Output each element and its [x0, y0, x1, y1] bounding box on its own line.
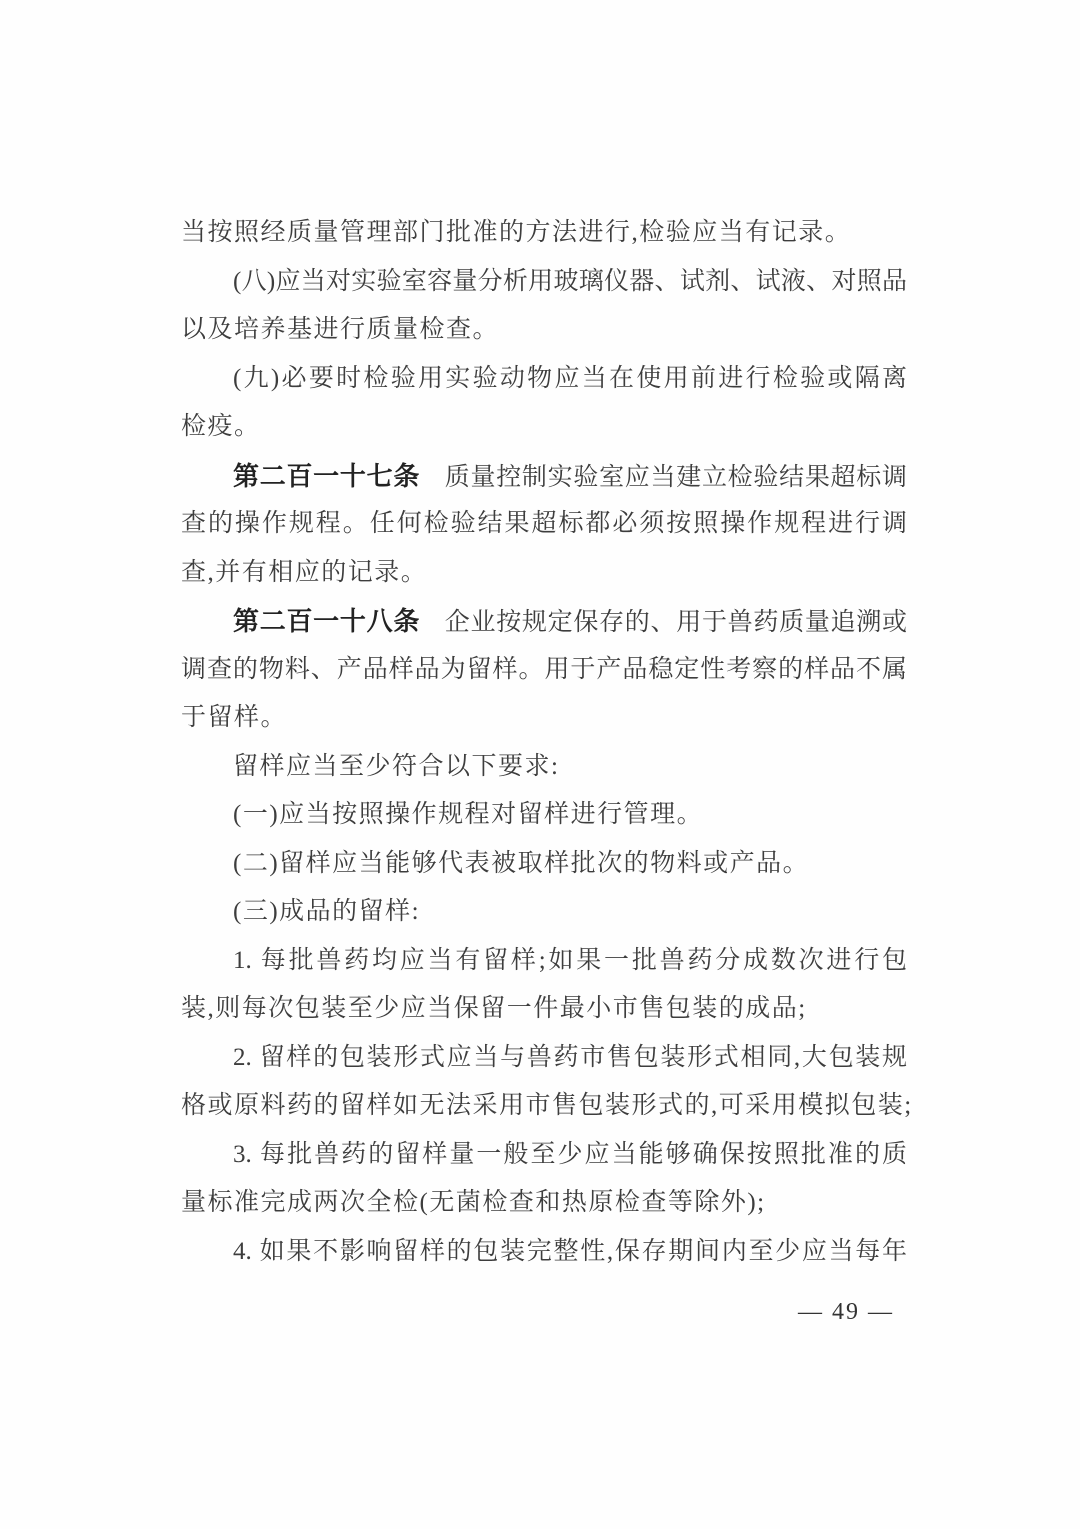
- text-line: 4. 如果不影响留样的包装完整性,保存期间内至少应当每年: [181, 1228, 907, 1277]
- line-text: (九)必要时检验用实验动物应当在使用前进行检验或隔离: [233, 365, 907, 392]
- line-text: 检疫。: [181, 413, 261, 440]
- line-text: 留样应当至少符合以下要求:: [233, 753, 559, 780]
- text-line: 2. 留样的包装形式应当与兽药市售包装形式相同,大包装规: [181, 1034, 907, 1083]
- text-line: (八)应当对实验室容量分析用玻璃仪器、试剂、试液、对照品: [181, 258, 907, 307]
- line-text: 3. 每批兽药的留样量一般至少应当能够确保按照批准的质: [233, 1141, 907, 1168]
- text-line: 于留样。: [181, 694, 907, 743]
- text-line: 1. 每批兽药均应当有留样;如果一批兽药分成数次进行包: [181, 937, 907, 986]
- text-line: 装,则每次包装至少应当保留一件最小市售包装的成品;: [181, 985, 907, 1034]
- line-text: 企业按规定保存的、用于兽药质量追溯或: [444, 609, 907, 636]
- text-line: 3. 每批兽药的留样量一般至少应当能够确保按照批准的质: [181, 1131, 907, 1180]
- line-text: (一)应当按照操作规程对留样进行管理。: [233, 801, 703, 828]
- line-text: 查的操作规程。任何检验结果超标都必须按照操作规程进行调: [181, 510, 907, 537]
- line-text: 4. 如果不影响留样的包装完整性,保存期间内至少应当每年: [233, 1238, 907, 1265]
- page-number: — 49 —: [798, 1288, 894, 1336]
- line-text: (三)成品的留样:: [233, 898, 420, 925]
- text-line: (一)应当按照操作规程对留样进行管理。: [181, 791, 907, 840]
- line-text: (二)留样应当能够代表被取样批次的物料或产品。: [233, 850, 809, 877]
- line-text: 量标准完成两次全检(无菌检查和热原检查等除外);: [181, 1189, 766, 1216]
- line-text: (八)应当对实验室容量分析用玻璃仪器、试剂、试液、对照品: [233, 268, 907, 295]
- line-text: 2. 留样的包装形式应当与兽药市售包装形式相同,大包装规: [233, 1044, 907, 1071]
- line-text: 1. 每批兽药均应当有留样;如果一批兽药分成数次进行包: [233, 947, 907, 974]
- text-line: 格或原料药的留样如无法采用市售包装形式的,可采用模拟包装;: [181, 1082, 907, 1131]
- text-line: (二)留样应当能够代表被取样批次的物料或产品。: [181, 840, 907, 889]
- text-line: 查的操作规程。任何检验结果超标都必须按照操作规程进行调: [181, 500, 907, 549]
- text-line: 检疫。: [181, 403, 907, 452]
- text-line: (三)成品的留样:: [181, 888, 907, 937]
- text-line: 留样应当至少符合以下要求:: [181, 743, 907, 792]
- line-text: 以及培养基进行质量检查。: [181, 316, 499, 343]
- line-text: 装,则每次包装至少应当保留一件最小市售包装的成品;: [181, 995, 807, 1022]
- text-line: 量标准完成两次全检(无菌检查和热原检查等除外);: [181, 1179, 907, 1228]
- document-text: 当按照经质量管理部门批准的方法进行,检验应当有记录。(八)应当对实验室容量分析用…: [181, 209, 907, 1276]
- text-line: 以及培养基进行质量检查。: [181, 306, 907, 355]
- line-text: 质量控制实验室应当建立检验结果超标调: [444, 464, 907, 491]
- text-line: 调查的物料、产品样品为留样。用于产品稳定性考察的样品不属: [181, 646, 907, 695]
- line-text: 当按照经质量管理部门批准的方法进行,检验应当有记录。: [181, 219, 851, 246]
- text-line: (九)必要时检验用实验动物应当在使用前进行检验或隔离: [181, 355, 907, 404]
- document-page: 当按照经质量管理部门批准的方法进行,检验应当有记录。(八)应当对实验室容量分析用…: [0, 0, 1080, 1529]
- article-number: 第二百一十七条: [233, 461, 420, 491]
- line-text: 格或原料药的留样如无法采用市售包装形式的,可采用模拟包装;: [181, 1092, 913, 1119]
- line-text: 查,并有相应的记录。: [181, 559, 427, 586]
- line-text: 调查的物料、产品样品为留样。用于产品稳定性考察的样品不属: [181, 656, 907, 683]
- article-number: 第二百一十八条: [233, 606, 420, 636]
- text-line: 第二百一十七条质量控制实验室应当建立检验结果超标调: [181, 452, 907, 501]
- text-line: 查,并有相应的记录。: [181, 549, 907, 598]
- line-text: 于留样。: [181, 704, 287, 731]
- text-line: 当按照经质量管理部门批准的方法进行,检验应当有记录。: [181, 209, 907, 258]
- text-line: 第二百一十八条企业按规定保存的、用于兽药质量追溯或: [181, 597, 907, 646]
